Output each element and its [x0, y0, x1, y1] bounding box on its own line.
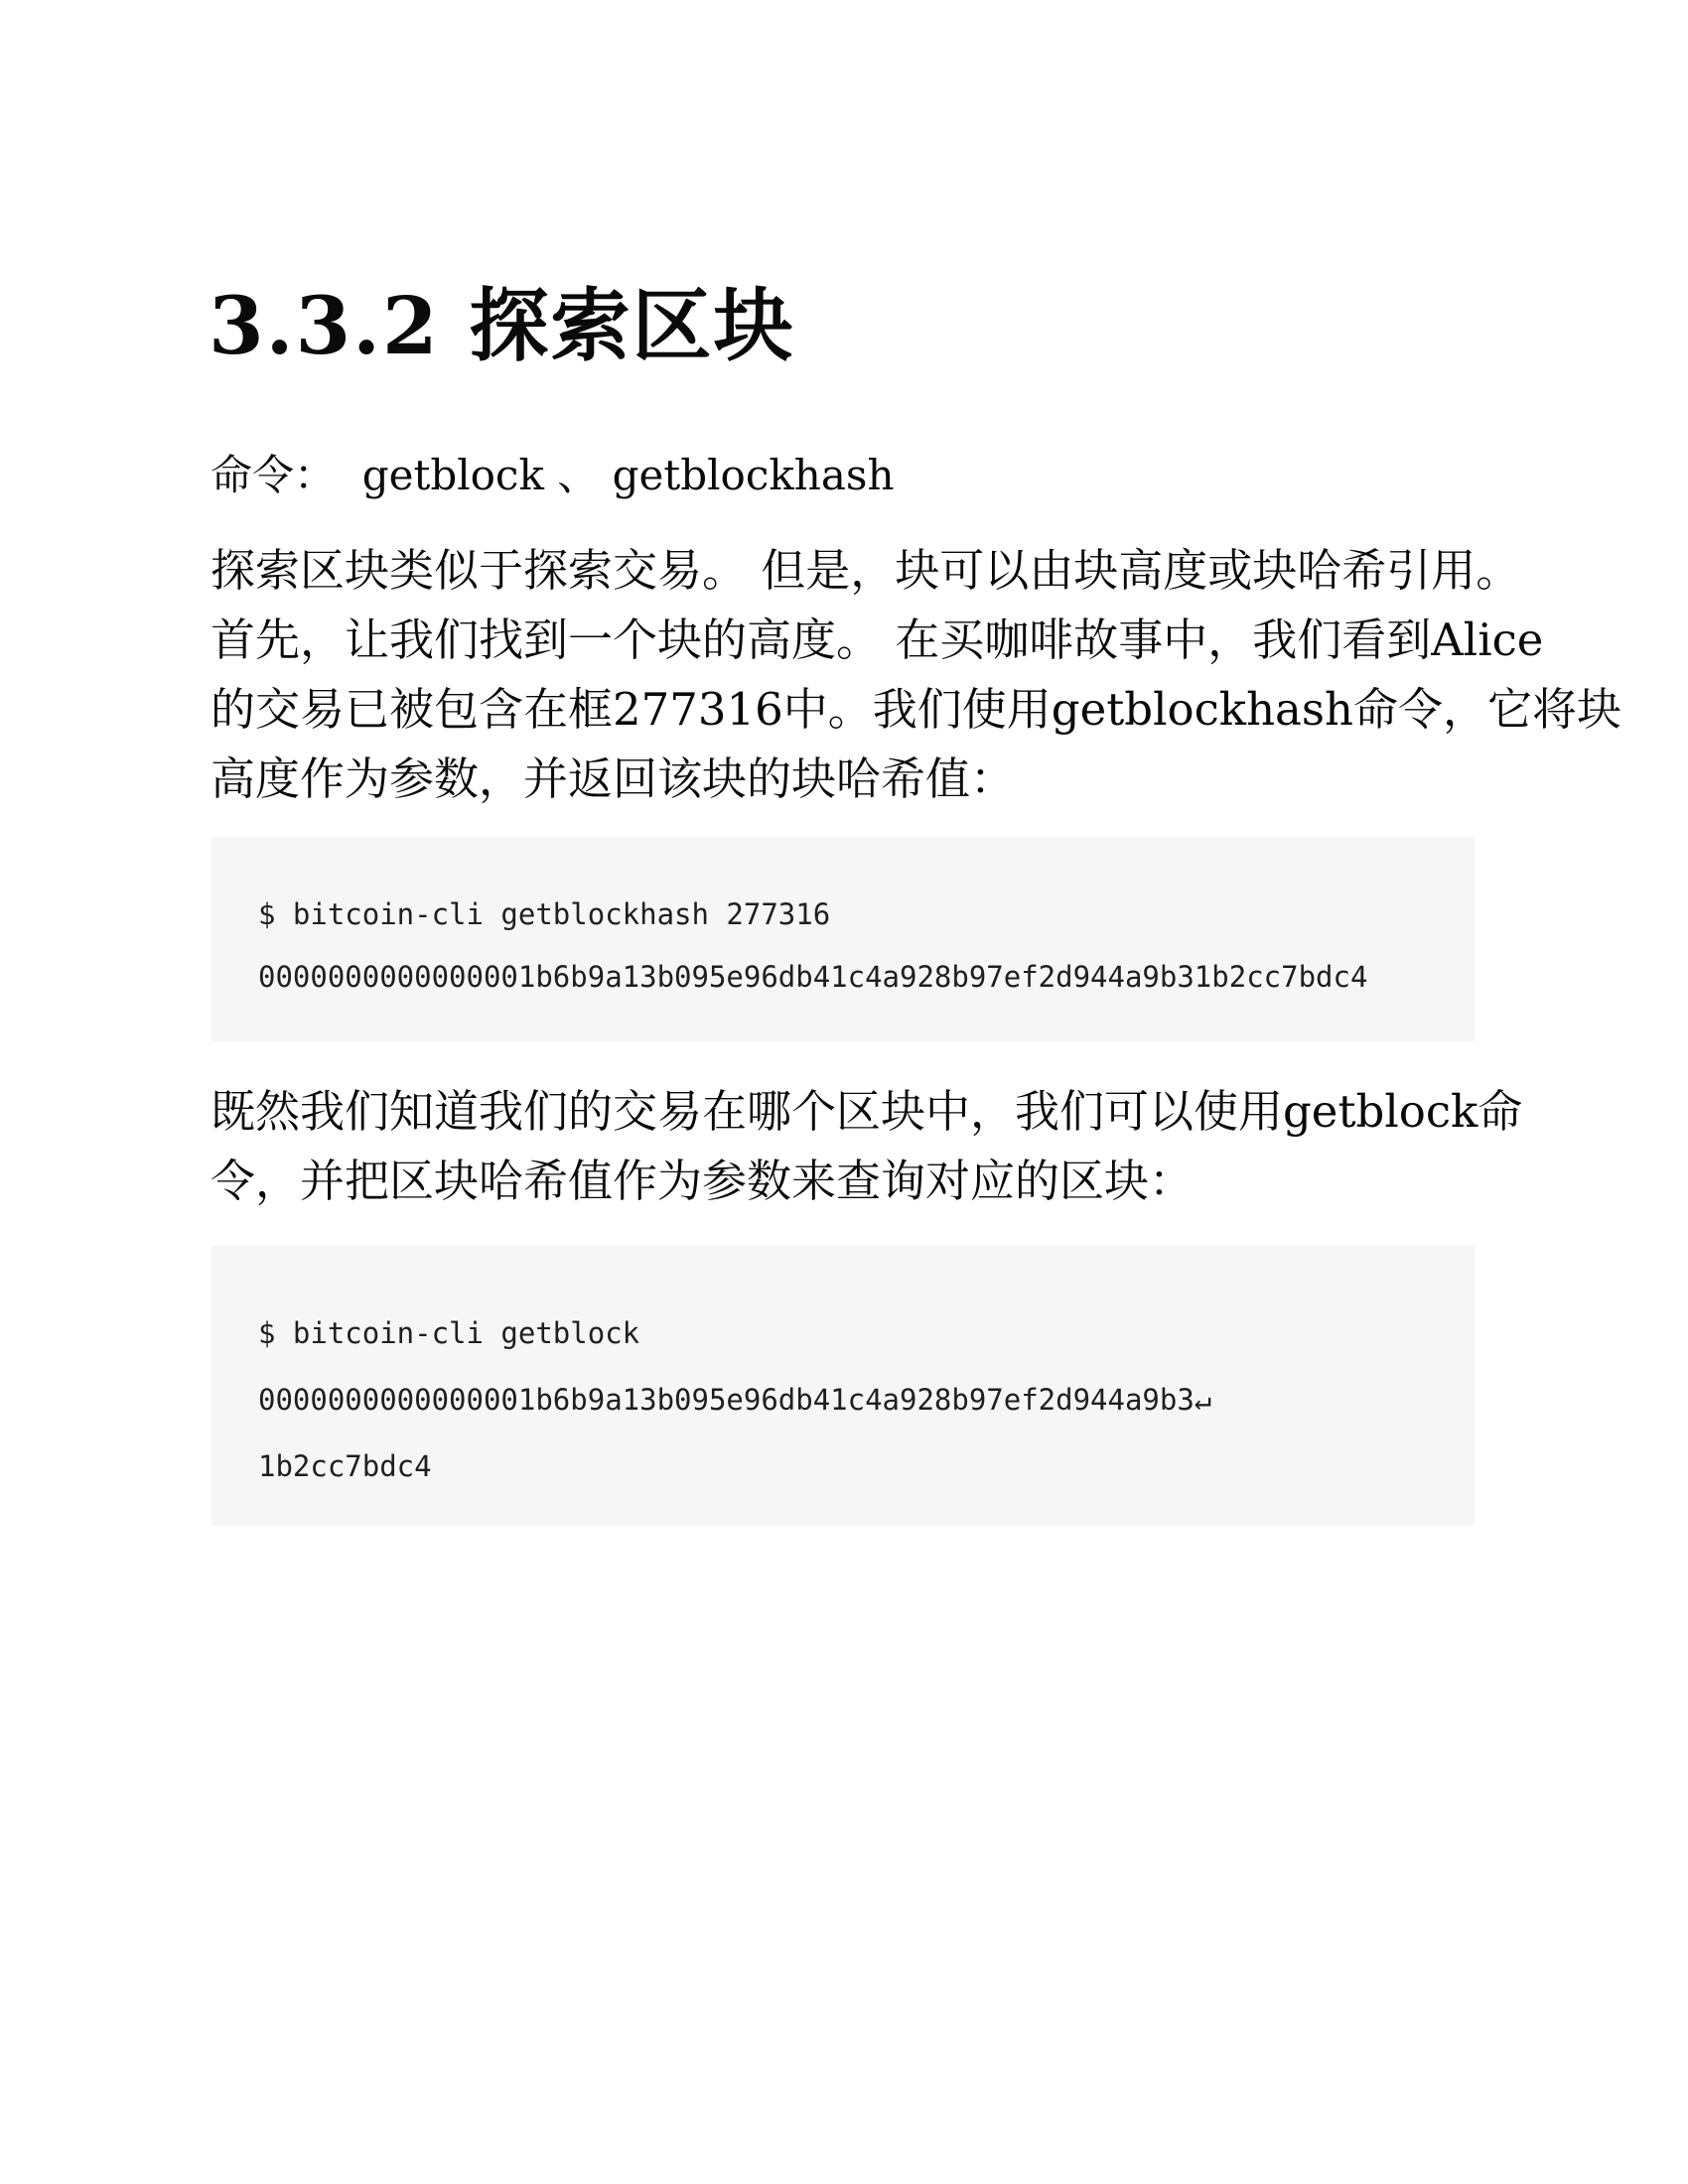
- paragraph-line: 令，并把区块哈希值作为参数来查询对应的区块：: [211, 1147, 1491, 1216]
- code-line: 1b2cc7bdc4: [258, 1433, 1475, 1500]
- code-line: $ bitcoin-cli getblockhash 277316: [258, 884, 1475, 946]
- paragraph-line: 探索区块类似于探索交易。 但是，块可以由块高度或块哈希引用。: [211, 536, 1491, 606]
- paragraph-line: 既然我们知道我们的交易在哪个区块中，我们可以使用getblock命: [211, 1077, 1491, 1147]
- paragraph-line: 首先，让我们找到一个块的高度。 在买咖啡故事中，我们看到Alice: [211, 606, 1491, 675]
- code-block-getblock: $ bitcoin-cli getblock 0000000000000001b…: [211, 1246, 1475, 1526]
- paragraph-intro: 探索区块类似于探索交易。 但是，块可以由块高度或块哈希引用。 首先，让我们找到一…: [211, 536, 1491, 814]
- command-summary: 命令： getblock 、 getblockhash: [211, 445, 895, 506]
- paragraph-line: 高度作为参数，并返回该块的块哈希值：: [211, 745, 1491, 814]
- code-block-getblockhash: $ bitcoin-cli getblockhash 277316 000000…: [211, 837, 1475, 1041]
- code-line: 0000000000000001b6b9a13b095e96db41c4a928…: [258, 946, 1475, 1009]
- code-line: $ bitcoin-cli getblock: [258, 1300, 1475, 1367]
- document-page: 3.3.2 探索区块 命令： getblock 、 getblockhash 探…: [0, 0, 1688, 2184]
- paragraph-line: 的交易已被包含在框277316中。我们使用getblockhash命令，它将块: [211, 675, 1491, 745]
- paragraph-getblock: 既然我们知道我们的交易在哪个区块中，我们可以使用getblock命 令，并把区块…: [211, 1077, 1491, 1216]
- section-heading: 3.3.2 探索区块: [209, 270, 795, 381]
- code-line: 0000000000000001b6b9a13b095e96db41c4a928…: [258, 1367, 1475, 1433]
